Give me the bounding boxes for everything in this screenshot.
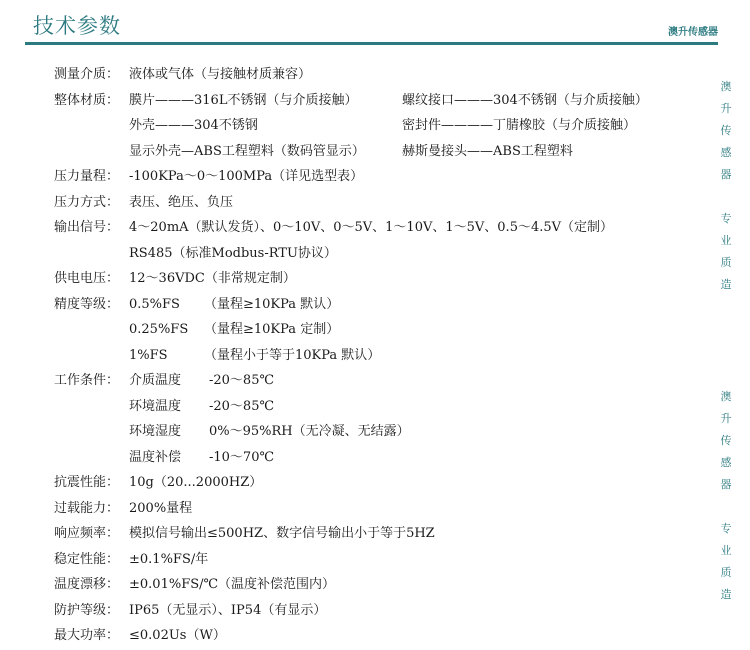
brand-label: 澳升传感器 — [668, 26, 718, 40]
spec-drift: 温度漂移：±0.01%FS/℃（温度补偿范围内） — [54, 572, 613, 598]
slogan-char: 器 — [718, 474, 734, 496]
spec-value: 表压、绝压、负压 — [129, 190, 233, 216]
spec-note: （量程小于等于10KPa 默认） — [204, 343, 380, 369]
spec-material: 整体材质：膜片———316L不锈钢（与介质接触） 螺纹接口———304不锈钢（与… — [54, 88, 613, 114]
spec-accuracy: 精度等级：0.5%FS（量程≥10KPa 默认） — [54, 292, 613, 318]
slogan-char: 传 — [718, 430, 734, 452]
spec-value: 0.25%FS — [129, 317, 204, 343]
side-slogan-bottom: 澳 升 传 感 器 专 业 质 造 — [718, 386, 734, 606]
spec-accuracy-line: 0.25%FS（量程≥10KPa 定制） — [54, 317, 613, 343]
spec-stability: 稳定性能：±0.1%FS/年 — [54, 547, 613, 573]
spec-label: 温度漂移： — [54, 572, 129, 598]
spec-value: ≤0.02Us（W） — [129, 623, 226, 649]
spec-list: 测量介质：液体或气体（与接触材质兼容） 整体材质：膜片———316L不锈钢（与介… — [54, 62, 613, 649]
spec-value: ±0.01%FS/℃（温度补偿范围内） — [129, 572, 335, 598]
spec-label: 压力量程： — [54, 164, 129, 190]
spec-label: 稳定性能： — [54, 547, 129, 573]
spec-value: -100KPa～0～100MPa（详见选型表） — [129, 164, 363, 190]
spec-conditions: 工作条件：介质温度-20～85℃ — [54, 368, 613, 394]
spec-overload: 过载能力：200%量程 — [54, 496, 613, 522]
slogan-char: 专 — [718, 518, 734, 540]
spec-value: 密封件————丁腈橡胶（与介质接触） — [402, 113, 636, 139]
spec-label: 响应频率： — [54, 521, 129, 547]
slogan-char: 业 — [718, 540, 734, 562]
spec-mode: 压力方式：表压、绝压、负压 — [54, 190, 613, 216]
spec-label: 防护等级： — [54, 598, 129, 624]
slogan-char: 质 — [718, 252, 734, 274]
spec-material-line: 显示外壳—ABS工程塑料（数码管显示） 赫斯曼接头——ABS工程塑料 — [54, 139, 613, 165]
spec-medium: 测量介质：液体或气体（与接触材质兼容） — [54, 62, 613, 88]
spec-label: 精度等级： — [54, 292, 129, 318]
spec-label: 测量介质： — [54, 62, 129, 88]
spec-power: 最大功率：≤0.02Us（W） — [54, 623, 613, 649]
spec-range: 压力量程：-100KPa～0～100MPa（详见选型表） — [54, 164, 613, 190]
slogan-char: 升 — [718, 408, 734, 430]
slogan-char: 澳 — [718, 76, 734, 98]
spec-value: 200%量程 — [129, 496, 192, 522]
spec-conditions-line: 环境温度-20～85℃ — [54, 394, 613, 420]
spec-conditions-line: 环境湿度0%～95%RH（无冷凝、无结露） — [54, 419, 613, 445]
spec-value: 膜片———316L不锈钢（与介质接触） — [129, 88, 357, 114]
slogan-char: 造 — [718, 584, 734, 606]
condition-name: 环境湿度 — [129, 419, 209, 445]
slogan-char: 器 — [718, 164, 734, 186]
condition-value: 0%～95%RH（无冷凝、无结露） — [209, 419, 410, 445]
spec-output-line: RS485（标准Modbus-RTU协议） — [54, 241, 613, 267]
spec-output: 输出信号：4～20mA（默认发货）、0～10V、0～5V、1～10V、1～5V、… — [54, 215, 613, 241]
spec-value: 模拟信号输出≤500HZ、数字信号输出小于等于5HZ — [129, 521, 435, 547]
slogan-char: 传 — [718, 120, 734, 142]
spec-supply: 供电电压：12～36VDC（非常规定制） — [54, 266, 613, 292]
slogan-char: 感 — [718, 142, 734, 164]
spec-value: ±0.1%FS/年 — [129, 547, 208, 573]
condition-value: -20～85℃ — [209, 394, 274, 420]
spec-label: 过载能力： — [54, 496, 129, 522]
spec-label: 最大功率： — [54, 623, 129, 649]
spec-value: 液体或气体（与接触材质兼容） — [129, 62, 311, 88]
slogan-char: 感 — [718, 452, 734, 474]
spec-label: 抗震性能： — [54, 470, 129, 496]
spec-label: 输出信号： — [54, 215, 129, 241]
spec-value: 显示外壳—ABS工程塑料（数码管显示） — [129, 139, 365, 165]
spec-value: 10g（20...2000HZ） — [129, 470, 262, 496]
spec-label: 工作条件： — [54, 368, 129, 394]
spec-value: 1%FS — [129, 343, 204, 369]
spec-value: 4～20mA（默认发货）、0～10V、0～5V、1～10V、1～5V、0.5～4… — [129, 215, 613, 241]
slogan-char: 质 — [718, 562, 734, 584]
slogan-char: 升 — [718, 98, 734, 120]
spec-label: 压力方式： — [54, 190, 129, 216]
spec-accuracy-line: 1%FS（量程小于等于10KPa 默认） — [54, 343, 613, 369]
spec-protection: 防护等级：IP65（无显示）、IP54（有显示） — [54, 598, 613, 624]
spec-value: IP65（无显示）、IP54（有显示） — [129, 598, 326, 624]
slogan-char: 造 — [718, 274, 734, 296]
side-slogan-top: 澳 升 传 感 器 专 业 质 造 — [718, 76, 734, 296]
spec-value: 0.5%FS — [129, 292, 204, 318]
spec-value: 12～36VDC（非常规定制） — [129, 266, 296, 292]
spec-value: 赫斯曼接头——ABS工程塑料 — [402, 139, 573, 165]
spec-conditions-line: 温度补偿-10～70℃ — [54, 445, 613, 471]
condition-value: -10～70℃ — [209, 445, 274, 471]
spec-note: （量程≥10KPa 定制） — [204, 317, 339, 343]
slogan-char: 业 — [718, 230, 734, 252]
spec-value: 螺纹接口———304不锈钢（与介质接触） — [402, 88, 648, 114]
section-header: 技术参数 澳升传感器 — [25, 12, 718, 45]
condition-name: 介质温度 — [129, 368, 209, 394]
condition-value: -20～85℃ — [209, 368, 274, 394]
spec-value: 外壳———304不锈钢 — [129, 113, 258, 139]
spec-vibration: 抗震性能：10g（20...2000HZ） — [54, 470, 613, 496]
slogan-char: 专 — [718, 208, 734, 230]
spec-label: 整体材质： — [54, 88, 129, 114]
spec-label: 供电电压： — [54, 266, 129, 292]
page-title: 技术参数 — [33, 12, 121, 40]
spec-response: 响应频率：模拟信号输出≤500HZ、数字信号输出小于等于5HZ — [54, 521, 613, 547]
slogan-char: 澳 — [718, 386, 734, 408]
condition-name: 温度补偿 — [129, 445, 209, 471]
condition-name: 环境温度 — [129, 394, 209, 420]
spec-note: （量程≥10KPa 默认） — [204, 292, 339, 318]
spec-material-line: 外壳———304不锈钢 密封件————丁腈橡胶（与介质接触） — [54, 113, 613, 139]
spec-value: RS485（标准Modbus-RTU协议） — [129, 241, 337, 267]
